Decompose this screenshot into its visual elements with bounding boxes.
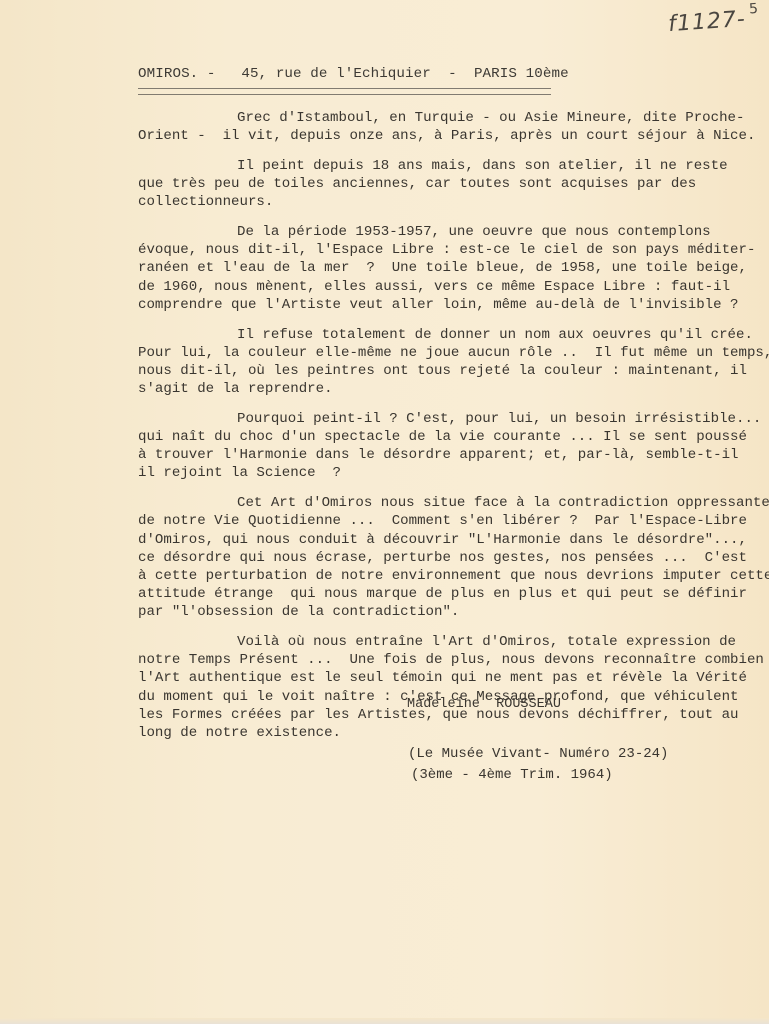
source-journal: (Le Musée Vivant- Numéro 23-24) <box>408 744 668 765</box>
text-line: à cette perturbation de notre environnem… <box>138 567 758 585</box>
text-line: long de notre existence. <box>138 724 758 742</box>
text-line: De la période 1953-1957, une oeuvre que … <box>138 223 758 241</box>
text-line: Pour lui, la couleur elle-même ne joue a… <box>138 344 758 362</box>
text-line: Il peint depuis 18 ans mais, dans son at… <box>138 157 758 175</box>
text-line: à trouver l'Harmonie dans le désordre ap… <box>138 446 758 464</box>
paragraph-2: Il peint depuis 18 ans mais, dans son at… <box>138 157 758 212</box>
text-line: attitude étrange qui nous marque de plus… <box>138 585 758 603</box>
text-line: il rejoint la Science ? <box>138 464 758 482</box>
publication-source: (Le Musée Vivant- Numéro 23-24) (3ème - … <box>408 744 668 786</box>
text-line: s'agit de la reprendre. <box>138 380 758 398</box>
archive-reference-suffix: 5 <box>749 1 760 18</box>
paragraph-5: Pourquoi peint-il ? C'est, pour lui, un … <box>138 410 758 483</box>
text-line: collectionneurs. <box>138 193 758 211</box>
document-page: f1127-5 OMIROS. - 45, rue de l'Echiquier… <box>0 0 769 1024</box>
text-line: comprendre que l'Artiste veut aller loin… <box>138 296 758 314</box>
source-date: (3ème - 4ème Trim. 1964) <box>408 765 668 786</box>
author-signature: Madeleine ROUSSEAU <box>407 697 561 712</box>
text-line: Grec d'Istamboul, en Turquie - ou Asie M… <box>138 109 758 127</box>
text-line: évoque, nous dit-il, l'Espace Libre : es… <box>138 241 758 259</box>
text-line: de notre Vie Quotidienne ... Comment s'e… <box>138 512 758 530</box>
text-line: d'Omiros, qui nous conduit à découvrir "… <box>138 531 758 549</box>
text-line: ranéen et l'eau de la mer ? Une toile bl… <box>138 259 758 277</box>
text-line: Pourquoi peint-il ? C'est, pour lui, un … <box>138 410 758 428</box>
text-line: Il refuse totalement de donner un nom au… <box>138 326 758 344</box>
archive-reference-number: f1127- <box>667 7 746 37</box>
paragraph-4: Il refuse totalement de donner un nom au… <box>138 326 758 399</box>
heading-double-underline <box>138 88 551 95</box>
paragraph-6: Cet Art d'Omiros nous situe face à la co… <box>138 494 758 621</box>
text-line: de 1960, nous mènent, elles aussi, vers … <box>138 278 758 296</box>
archive-reference-handwritten: f1127-5 <box>667 1 760 37</box>
paragraph-7: Voilà où nous entraîne l'Art d'Omiros, t… <box>138 633 758 742</box>
text-line: que très peu de toiles anciennes, car to… <box>138 175 758 193</box>
text-line: ce désordre qui nous écrase, perturbe no… <box>138 549 758 567</box>
text-line: Orient - il vit, depuis onze ans, à Pari… <box>138 127 758 145</box>
text-line: Voilà où nous entraîne l'Art d'Omiros, t… <box>138 633 758 651</box>
text-line: Cet Art d'Omiros nous situe face à la co… <box>138 494 758 512</box>
text-line: qui naît du choc d'un spectacle de la vi… <box>138 428 758 446</box>
article-body: Grec d'Istamboul, en Turquie - ou Asie M… <box>138 109 758 754</box>
document-heading: OMIROS. - 45, rue de l'Echiquier - PARIS… <box>138 66 569 82</box>
text-line: l'Art authentique est le seul témoin qui… <box>138 669 758 687</box>
paragraph-3: De la période 1953-1957, une oeuvre que … <box>138 223 758 314</box>
text-line: notre Temps Présent ... Une fois de plus… <box>138 651 758 669</box>
paragraph-1: Grec d'Istamboul, en Turquie - ou Asie M… <box>138 109 758 145</box>
text-line: par "l'obsession de la contradiction". <box>138 603 758 621</box>
text-line: nous dit-il, où les peintres ont tous re… <box>138 362 758 380</box>
